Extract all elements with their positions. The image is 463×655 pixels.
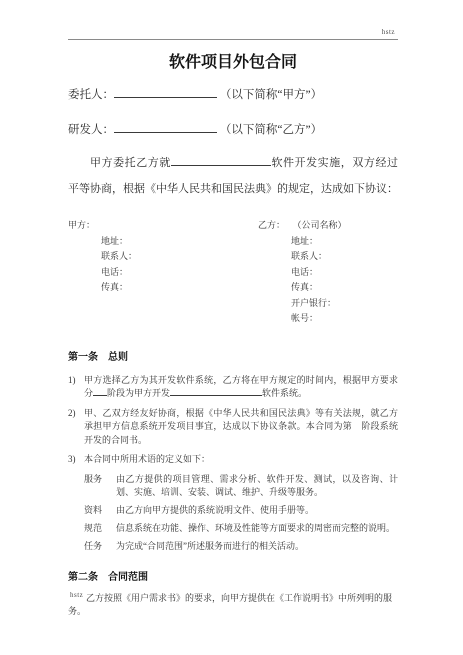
clause-text: 甲、乙双方经友好协商，根据《中华人民共和国民法典》等有关法规，就乙方承担甲方信息… xyxy=(84,407,398,448)
party-b-bank: 开户银行： xyxy=(258,296,398,312)
term-definitions: 服务 由乙方提供的项目管理、需求分析、软件开发、测试，以及咨询、计划、实施、培训… xyxy=(68,473,398,553)
clause-text: 甲方选择乙方为其开发软件系统，乙方将在甲方规定的时间内，根据甲方要求分阶段为甲方… xyxy=(84,374,398,401)
clause-number: 1) xyxy=(68,374,84,401)
client-name-blank xyxy=(114,86,217,98)
document-page: hstz 软件项目外包合同 委托人： （以下简称“甲方”） 研发人： （以下简称… xyxy=(0,0,463,655)
client-line: 委托人： （以下简称“甲方”） xyxy=(68,86,398,103)
footer-mark: hstz xyxy=(70,591,83,599)
project-name-blank xyxy=(171,154,271,166)
party-b-account: 帐号： xyxy=(258,311,398,327)
preamble-paragraph: 甲方委托乙方就软件开发实施，双方经过平等协商，根据《中华人民共和国民法典》的规定… xyxy=(68,150,398,202)
definition-desc: 为完成“合同范围”所述服务而进行的相关活动。 xyxy=(116,540,398,553)
page-title: 软件项目外包合同 xyxy=(68,53,398,73)
clause-number: 3) xyxy=(68,453,84,467)
definition-specification: 规范 信息系统在功能、操作、环境及性能等方面要求的周密而完整的说明。 xyxy=(84,522,398,535)
section1-heading: 第一条 总则 xyxy=(68,351,398,364)
definition-task: 任务 为完成“合同范围”所述服务而进行的相关活动。 xyxy=(84,540,398,553)
clause1-part3: 软件系统。 xyxy=(262,388,307,398)
party-a-address: 地址： xyxy=(68,234,258,250)
definition-term: 服务 xyxy=(84,473,116,499)
party-b-label: 乙方： xyxy=(258,220,285,230)
definition-service: 服务 由乙方提供的项目管理、需求分析、软件开发、测试，以及咨询、计划、实施、培训… xyxy=(84,473,398,499)
party-b-label-row: 乙方：（公司名称） xyxy=(258,218,398,234)
party-b-company-note: （公司名称） xyxy=(297,220,347,230)
definition-desc: 由乙方提供的项目管理、需求分析、软件开发、测试，以及咨询、计划、实施、培训、安装… xyxy=(116,473,398,499)
clause-item-1: 1) 甲方选择乙方为其开发软件系统，乙方将在甲方规定的时间内，根据甲方要求分阶段… xyxy=(68,374,398,401)
client-suffix: （以下简称“甲方”） xyxy=(220,89,322,101)
definition-materials: 资料 由乙方向甲方提供的系统说明文件、使用手册等。 xyxy=(84,504,398,517)
definition-desc: 由乙方向甲方提供的系统说明文件、使用手册等。 xyxy=(116,504,398,517)
party-a-phone: 电话： xyxy=(68,265,258,281)
preamble-before: 甲方委托乙方就 xyxy=(90,157,171,169)
party-a-contact: 联系人： xyxy=(68,249,258,265)
page-footer: hstz xyxy=(70,591,83,600)
party-a-fax: 传真： xyxy=(68,280,258,296)
client-label: 委托人： xyxy=(68,89,114,101)
party-a-label: 甲方： xyxy=(68,218,258,234)
definition-desc: 信息系统在功能、操作、环境及性能等方面要求的周密而完整的说明。 xyxy=(116,522,398,535)
section1-clauses: 1) 甲方选择乙方为其开发软件系统，乙方将在甲方规定的时间内，根据甲方要求分阶段… xyxy=(68,374,398,467)
party-info-block: 甲方： 地址： 联系人： 电话： 传真： 乙方：（公司名称） 地址： 联系人： … xyxy=(68,218,398,327)
page-header: hstz xyxy=(68,0,398,40)
developer-suffix: （以下简称“乙方”） xyxy=(220,124,322,136)
party-b-column: 乙方：（公司名称） 地址： 联系人： 电话： 传真： 开户银行： 帐号： xyxy=(258,218,398,327)
system-name-blank xyxy=(170,387,262,396)
clause-text: 本合同中所用术语的定义如下： xyxy=(84,453,398,467)
clause-item-3: 3) 本合同中所用术语的定义如下： xyxy=(68,453,398,467)
section2-body: 乙方按照《用户需求书》的要求，向甲方提供在《工作说明书》中所列明的服务。 xyxy=(68,592,398,618)
clause1-part2: 阶段为甲方开发 xyxy=(107,388,170,398)
party-b-address: 地址： xyxy=(258,234,398,250)
section2-heading: 第二条 合同范围 xyxy=(68,571,398,584)
clause-item-2: 2) 甲、乙双方经友好协商，根据《中华人民共和国民法典》等有关法规，就乙方承担甲… xyxy=(68,407,398,448)
definition-term: 资料 xyxy=(84,504,116,517)
party-b-fax: 传真： xyxy=(258,280,398,296)
party-a-column: 甲方： 地址： 联系人： 电话： 传真： xyxy=(68,218,258,327)
definition-term: 规范 xyxy=(84,522,116,535)
header-mark: hstz xyxy=(382,28,398,36)
clause-number: 2) xyxy=(68,407,84,448)
phase-count-blank xyxy=(93,387,107,396)
developer-line: 研发人： （以下简称“乙方”） xyxy=(68,121,398,138)
developer-name-blank xyxy=(114,121,217,133)
party-b-phone: 电话： xyxy=(258,265,398,281)
definition-term: 任务 xyxy=(84,540,116,553)
party-b-contact: 联系人： xyxy=(258,249,398,265)
developer-label: 研发人： xyxy=(68,124,114,136)
document-content: hstz 软件项目外包合同 委托人： （以下简称“甲方”） 研发人： （以下简称… xyxy=(0,0,463,618)
